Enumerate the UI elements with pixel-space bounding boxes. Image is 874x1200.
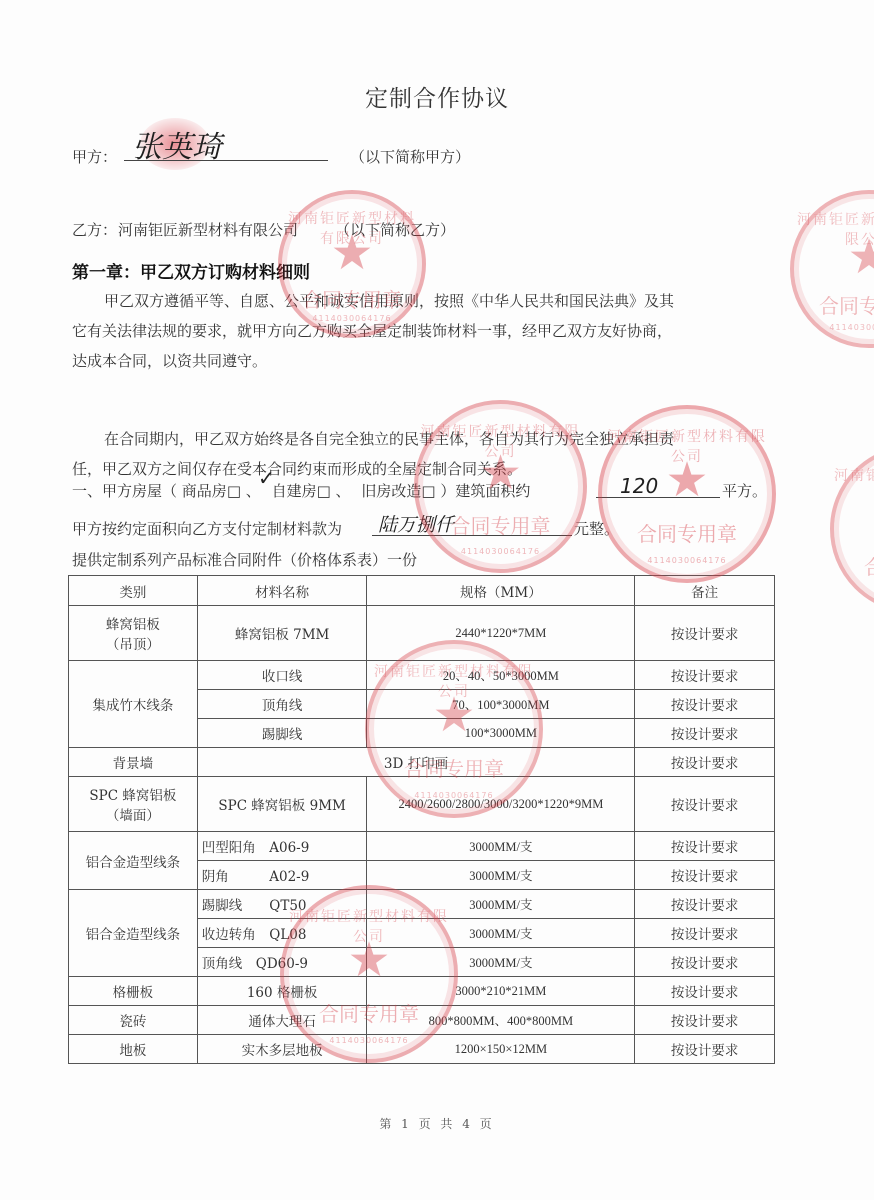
house-prefix: 一、甲方房屋（ [72,482,177,500]
spec-cell: 3000MM/支 [367,890,635,919]
material-name-cell: 踢脚线 QT50 [197,890,367,919]
spec-cell: 3000MM/支 [367,948,635,977]
material-name-cell: 蜂窝铝板 7MM [197,606,367,661]
party-b-note: （以下简称乙方） [335,219,455,240]
note-cell: 按设计要求 [635,861,775,890]
spec-cell: 20、40、50*3000MM [367,661,635,690]
note-cell: 按设计要求 [635,832,775,861]
attachment-line: 提供定制系列产品标准合同附件（价格体系表）一份 [72,549,417,570]
table-row: 蜂窝铝板（吊顶）蜂窝铝板 7MM2440*1220*7MM按设计要求 [69,606,775,661]
note-cell: 按设计要求 [635,890,775,919]
materials-table: 类别材料名称规格（MM）备注蜂窝铝板（吊顶）蜂窝铝板 7MM2440*1220*… [68,575,775,1064]
company-seal-2: 河南钜匠新型材料有限公司 ★ 合同专用章 4114030064176 [790,190,874,348]
table-header-row: 类别材料名称规格（MM）备注 [69,576,775,606]
house-type-line: 一、甲方房屋（ 商品房□ 、 自建房□ 、 旧房改造□ ）建筑面积约 [72,480,530,501]
house-suffix: ）建筑面积约 [440,482,530,500]
spec-cell: 2400/2600/2800/3000/3200*1220*9MM [367,777,635,832]
material-name-cell: SPC 蜂窝铝板 9MM [197,777,367,832]
seal-number: 4114030064176 [418,547,583,556]
spec-cell: 70、100*3000MM [367,690,635,719]
spec-cell: 100*3000MM [367,719,635,748]
seal-center-text: 合同专用章 [834,551,874,580]
party-a-label: 甲方： [72,146,117,167]
company-seal-5: 河南钜匠新型材料有限公司 ★ 合同专用章 4114030064176 [830,445,874,613]
seal-center-text: 合同专用章 [794,290,874,319]
material-name-cell: 阴角 A02-9 [197,861,367,890]
note-cell: 按设计要求 [635,977,775,1006]
material-name-cell: 实木多层地板 [197,1035,367,1064]
table-header-cell: 备注 [635,576,775,606]
paragraph-2-line-1: 在合同期内，甲乙双方始终是各自完全独立的民事主体，各自为其行为完全独立承担责 [104,424,674,454]
seal-number: 4114030064176 [834,587,874,596]
spec-cell: 3000MM/支 [367,832,635,861]
table-row: 背景墙3D 打印画按设计要求 [69,748,775,777]
note-cell: 按设计要求 [635,1035,775,1064]
material-name-cell: 通体大理石 [197,1006,367,1035]
party-a-signature: 张英琦 [132,122,222,166]
house-option-self-built-label: 自建房 [272,482,317,500]
material-name-cell: 顶角线 [197,690,367,719]
seal-arc-text: 河南钜匠新型材料有限公司 [794,209,874,249]
material-name-cell: 踢脚线 [197,719,367,748]
spec-cell: 3D 打印画 [197,748,635,777]
party-b-label: 乙方： [72,219,117,240]
category-cell: 蜂窝铝板（吊顶） [69,606,198,661]
house-option-renovation[interactable]: 旧房改造□ [361,482,440,500]
spec-cell: 3000MM/支 [367,861,635,890]
material-name-cell: 收口线 [197,661,367,690]
category-cell: 格栅板 [69,977,198,1006]
note-cell: 按设计要求 [635,777,775,832]
table-row: 铝合金造型线条踢脚线 QT503000MM/支按设计要求 [69,890,775,919]
note-cell: 按设计要求 [635,661,775,690]
seal-center-text: 合同专用章 [602,518,772,547]
area-value: 120 [620,474,658,498]
table-row: 瓷砖通体大理石800*800MM、400*800MM按设计要求 [69,1006,775,1035]
seal-number: 4114030064176 [794,323,874,332]
house-option-commercial-label: 商品房 [182,482,227,500]
table-row: 地板实木多层地板1200×150×12MM按设计要求 [69,1035,775,1064]
payment-value: 陆万捌仟 [378,510,454,537]
checkbox-self-built[interactable]: □ [317,482,331,500]
table-header-cell: 规格（MM） [367,576,635,606]
note-cell: 按设计要求 [635,948,775,977]
page-number: 第 1 页 共 4 页 [0,1115,874,1132]
document-title: 定制合作协议 [0,80,874,113]
table-row: 集成竹木线条收口线20、40、50*3000MM按设计要求 [69,661,775,690]
note-cell: 按设计要求 [635,748,775,777]
spec-cell: 3000MM/支 [367,919,635,948]
spec-cell: 2440*1220*7MM [367,606,635,661]
payment-prefix: 甲方按约定面积向乙方支付定制材料款为 [72,518,342,539]
party-b-name: 河南钜匠新型材料有限公司 [118,219,298,240]
material-name-cell: 160 格栅板 [197,977,367,1006]
category-cell: 地板 [69,1035,198,1064]
seal-arc-text: 河南钜匠新型材料有限公司 [834,465,874,505]
category-cell: 铝合金造型线条 [69,890,198,977]
category-cell: 集成竹木线条 [69,661,198,748]
paragraph-1-line-1: 甲乙双方遵循平等、自愿、公平和诚实信用原则，按照《中华人民共和国民法典》及其 [104,286,674,316]
note-cell: 按设计要求 [635,606,775,661]
seal-star-icon: ★ [665,452,708,508]
category-cell: 背景墙 [69,748,198,777]
checkmark-icon: ✓ [258,466,275,490]
house-option-commercial[interactable]: 商品房□ [182,482,246,500]
note-cell: 按设计要求 [635,919,775,948]
area-unit: 平方。 [722,480,767,501]
note-cell: 按设计要求 [635,719,775,748]
table-header-cell: 类别 [69,576,198,606]
seal-number: 4114030064176 [602,556,772,565]
category-cell: SPC 蜂窝铝板（墙面） [69,777,198,832]
table-row: 格栅板160 格栅板3000*210*21MM按设计要求 [69,977,775,1006]
paragraph-1-line-3: 达成本合同，以资共同遵守。 [72,346,267,376]
table-row: SPC 蜂窝铝板（墙面）SPC 蜂窝铝板 9MM2400/2600/2800/3… [69,777,775,832]
table-row: 铝合金造型线条凹型阳角 A06-93000MM/支按设计要求 [69,832,775,861]
material-name-cell: 收边转角 QL08 [197,919,367,948]
spec-cell: 800*800MM、400*800MM [367,1006,635,1035]
note-cell: 按设计要求 [635,1006,775,1035]
category-cell: 瓷砖 [69,1006,198,1035]
chapter-heading: 第一章：甲乙双方订购材料细则 [72,258,310,283]
note-cell: 按设计要求 [635,690,775,719]
material-name-cell: 凹型阳角 A06-9 [197,832,367,861]
checkbox-renovation[interactable]: □ [421,482,435,500]
category-cell: 铝合金造型线条 [69,832,198,890]
checkbox-commercial[interactable]: □ [227,482,241,500]
payment-suffix: 元整。 [574,518,619,539]
paragraph-1-line-2: 它有关法律法规的要求，就甲方向乙方购买全屋定制装饰材料一事，经甲乙双方友好协商， [72,316,672,346]
material-name-cell: 顶角线 QD60-9 [197,948,367,977]
house-option-renovation-label: 旧房改造 [361,482,421,500]
spec-cell: 1200×150×12MM [367,1035,635,1064]
table-header-cell: 材料名称 [197,576,367,606]
spec-cell: 3000*210*21MM [367,977,635,1006]
seal-star-icon: ★ [847,229,874,285]
house-option-self-built[interactable]: 自建房□ [272,482,336,500]
party-a-note: （以下简称甲方） [350,146,470,167]
